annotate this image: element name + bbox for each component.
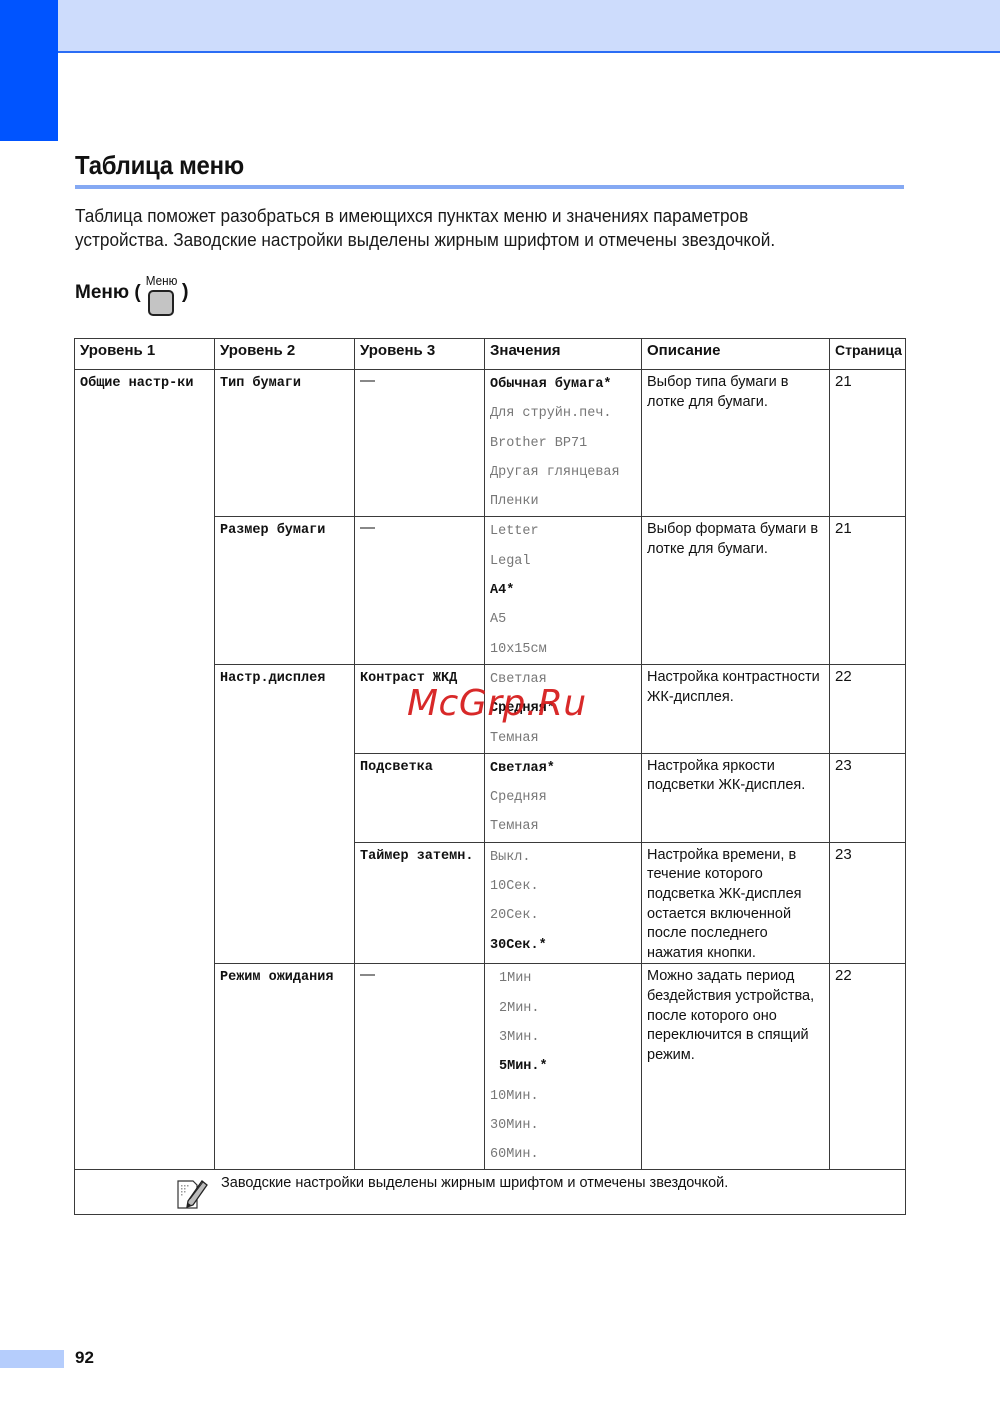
value-option: Темная bbox=[490, 812, 636, 841]
page-ref-cell: 22 bbox=[830, 664, 906, 753]
level3-cell: — bbox=[355, 964, 485, 1170]
menu-button-icon: Меню bbox=[144, 274, 179, 316]
level3-cell: Контраст ЖКД bbox=[355, 664, 485, 753]
menu-heading-close: ) bbox=[182, 281, 189, 304]
value-option: 10x15см bbox=[490, 635, 636, 664]
page-ref-cell: 21 bbox=[830, 370, 906, 517]
page-title: Таблица меню bbox=[75, 150, 244, 181]
col-header-description: Описание bbox=[642, 339, 830, 370]
note-text: Заводские настройки выделены жирным шриф… bbox=[221, 1175, 728, 1191]
page-ref-cell: 22 bbox=[830, 964, 906, 1170]
level3-cell: — bbox=[355, 517, 485, 664]
page-number: 92 bbox=[75, 1348, 94, 1368]
default-value: Обычная бумага* bbox=[490, 370, 636, 399]
menu-key-shape bbox=[148, 290, 174, 316]
note: Заводские настройки выделены жирным шриф… bbox=[80, 1170, 900, 1214]
value-option: 20Сек. bbox=[490, 901, 636, 930]
value-option: 30Мин. bbox=[490, 1111, 636, 1140]
value-option: Пленки bbox=[490, 487, 636, 516]
note-cell: Заводские настройки выделены жирным шриф… bbox=[75, 1170, 906, 1215]
description-cell: Настройка контрастности ЖК-дисплея. bbox=[642, 664, 830, 753]
col-header-level2: Уровень 2 bbox=[215, 339, 355, 370]
values-cell: Обычная бумага*Для струйн.печ.Brother BP… bbox=[485, 370, 642, 517]
value-option: Для струйн.печ. bbox=[490, 399, 636, 428]
level3-cell: — bbox=[355, 370, 485, 517]
value-option: Legal bbox=[490, 547, 636, 576]
values-cell: Выкл.10Сек.20Сек.30Сек.* bbox=[485, 842, 642, 964]
value-option: 3Мин. bbox=[490, 1023, 636, 1052]
menu-heading: Меню ( Меню ) bbox=[75, 266, 189, 316]
col-header-page: Страница bbox=[830, 339, 906, 370]
default-value: A4* bbox=[490, 576, 636, 605]
value-option: 60Мин. bbox=[490, 1140, 636, 1169]
description-cell: Выбор типа бумаги в лотке для бумаги. bbox=[642, 370, 830, 517]
col-header-level1: Уровень 1 bbox=[75, 339, 215, 370]
menu-table: Уровень 1 Уровень 2 Уровень 3 Значения О… bbox=[74, 338, 906, 1215]
title-rule bbox=[75, 185, 904, 189]
value-option: 10Сек. bbox=[490, 872, 636, 901]
level2-cell: Размер бумаги bbox=[215, 517, 355, 664]
table-row: Общие настр-киТип бумаги—Обычная бумага*… bbox=[75, 370, 906, 517]
value-option: Brother BP71 bbox=[490, 429, 636, 458]
value-option: 10Мин. bbox=[490, 1082, 636, 1111]
chapter-tab bbox=[0, 0, 58, 141]
note-row: Заводские настройки выделены жирным шриф… bbox=[75, 1170, 906, 1215]
intro-line-1: Таблица поможет разобраться в имеющихся … bbox=[75, 204, 856, 228]
value-option: Светлая bbox=[490, 665, 636, 694]
default-value: 5Мин.* bbox=[490, 1052, 636, 1081]
default-value: Светлая* bbox=[490, 754, 636, 783]
intro-line-2: устройства. Заводские настройки выделены… bbox=[75, 228, 856, 252]
header-band bbox=[58, 0, 1000, 53]
values-cell: Светлая*СредняяТемная bbox=[485, 753, 642, 842]
values-cell: LetterLegalA4*A510x15см bbox=[485, 517, 642, 664]
page-ref-cell: 21 bbox=[830, 517, 906, 664]
page-ref-cell: 23 bbox=[830, 753, 906, 842]
menu-heading-label: Меню ( bbox=[75, 282, 141, 304]
values-cell: СветлаяСредняя*Темная bbox=[485, 664, 642, 753]
value-option: 2Мин. bbox=[490, 994, 636, 1023]
description-cell: Настройка яркости подсветки ЖК-дисплея. bbox=[642, 753, 830, 842]
default-value: 30Сек.* bbox=[490, 931, 636, 960]
level3-cell: Подсветка bbox=[355, 753, 485, 842]
level2-cell: Режим ожидания bbox=[215, 964, 355, 1170]
table-header-row: Уровень 1 Уровень 2 Уровень 3 Значения О… bbox=[75, 339, 906, 370]
description-cell: Можно задать период бездействия устройст… bbox=[642, 964, 830, 1170]
level2-cell: Тип бумаги bbox=[215, 370, 355, 517]
menu-key-caption: Меню bbox=[145, 274, 177, 288]
value-option: Выкл. bbox=[490, 843, 636, 872]
value-option: 1Мин bbox=[490, 964, 636, 993]
level2-cell: Настр.дисплея bbox=[215, 664, 355, 963]
value-option: A5 bbox=[490, 605, 636, 634]
default-value: Средняя* bbox=[490, 694, 636, 723]
description-cell: Настройка времени, в течение которого по… bbox=[642, 842, 830, 964]
level1-cell: Общие настр-ки bbox=[75, 370, 215, 1170]
values-cell: 1Мин2Мин.3Мин.5Мин.*10Мин.30Мин.60Мин. bbox=[485, 964, 642, 1170]
note-pencil-icon bbox=[175, 1176, 209, 1210]
description-cell: Выбор формата бумаги в лотке для бумаги. bbox=[642, 517, 830, 664]
col-header-values: Значения bbox=[485, 339, 642, 370]
footer-bar bbox=[0, 1350, 64, 1368]
level3-cell: Таймер затемн. bbox=[355, 842, 485, 964]
value-option: Средняя bbox=[490, 783, 636, 812]
intro-paragraph: Таблица поможет разобраться в имеющихся … bbox=[75, 204, 856, 252]
value-option: Темная bbox=[490, 724, 636, 753]
page-ref-cell: 23 bbox=[830, 842, 906, 964]
value-option: Другая глянцевая bbox=[490, 458, 636, 487]
col-header-level3: Уровень 3 bbox=[355, 339, 485, 370]
value-option: Letter bbox=[490, 517, 636, 546]
